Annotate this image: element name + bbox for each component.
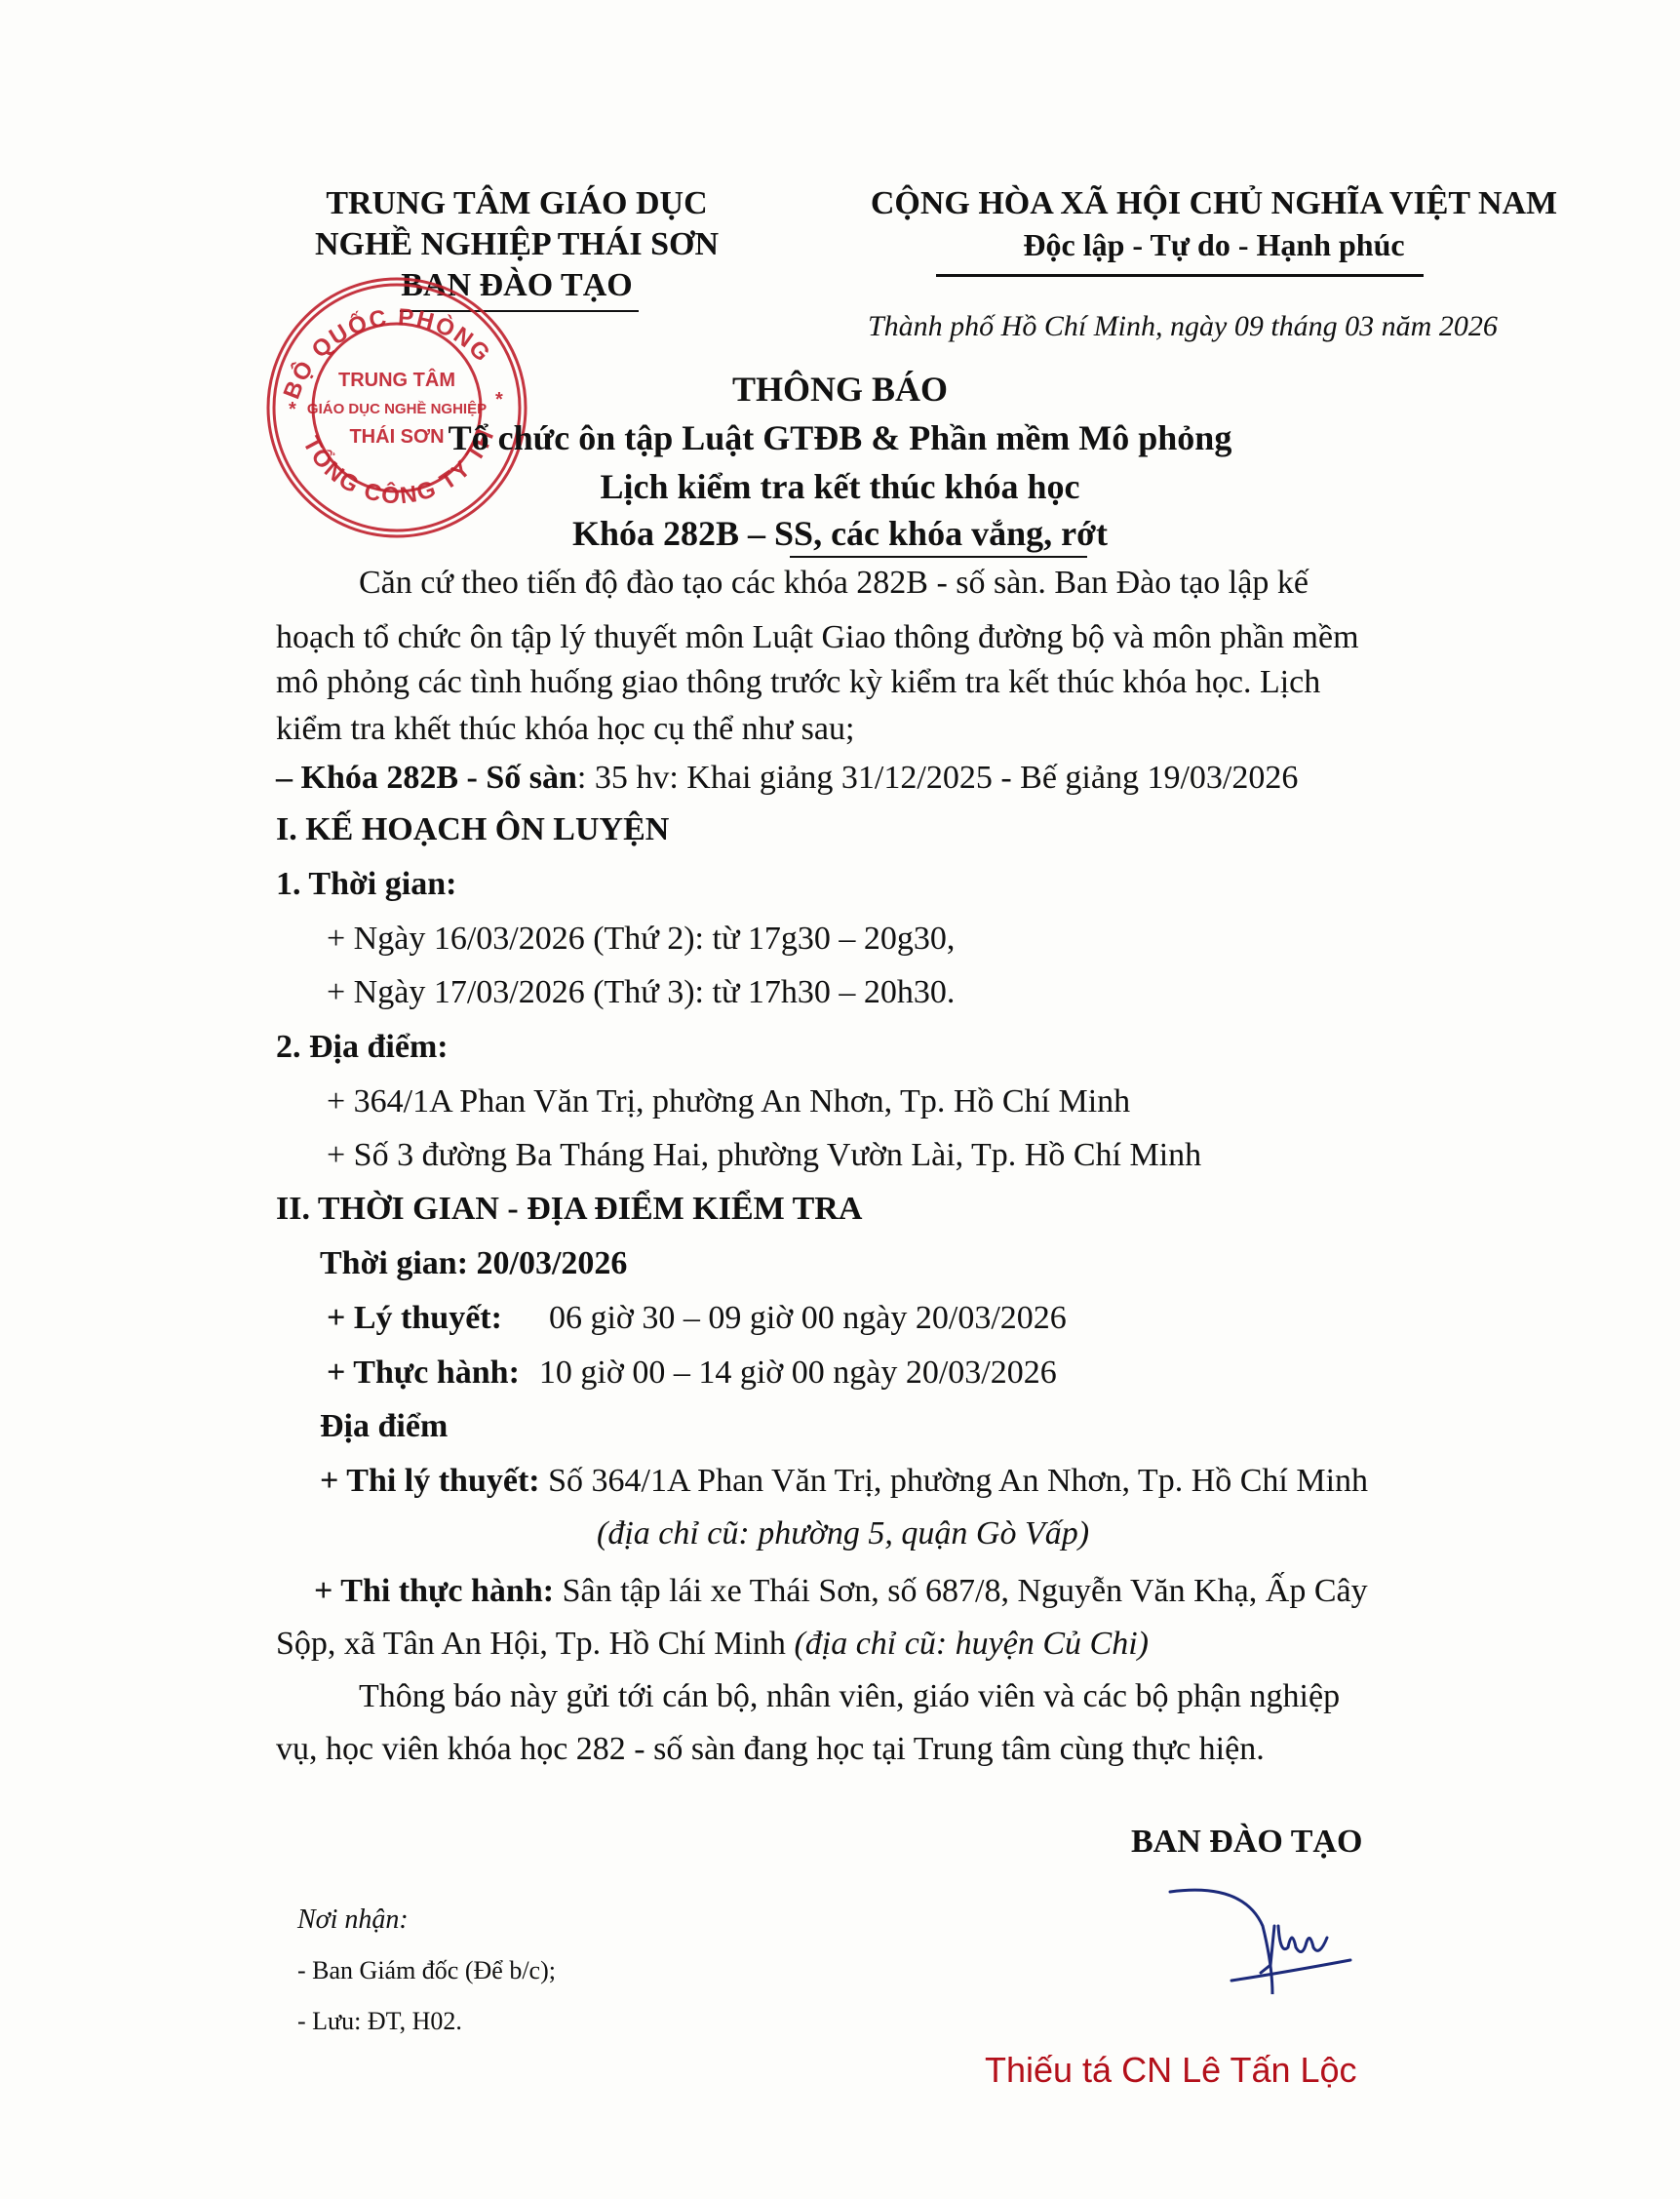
practice-place-label: + Thi thực hành: (314, 1573, 554, 1609)
theory-exam-place: + Thi lý thuyết: Số 364/1A Phan Văn Trị,… (320, 1454, 1368, 1509)
subject-line-2: Lịch kiểm tra kết thúc khóa học (0, 466, 1680, 507)
course-label: – Khóa 282B - Số sàn (276, 760, 577, 796)
theory-place: Số 364/1A Phan Văn Trị, phường An Nhơn, … (540, 1463, 1368, 1499)
course-info: – Khóa 282B - Số sàn: 35 hv: Khai giảng … (276, 751, 1298, 805)
theory-label: + Lý thuyết: (327, 1300, 502, 1336)
practice-place-2: Sộp, xã Tân An Hội, Tp. Hồ Chí Minh (276, 1626, 794, 1662)
intro-line-1: Căn cứ theo tiến độ đào tạo các khóa 282… (359, 556, 1309, 610)
recipient-1: - Ban Giám đốc (Để b/c); (297, 1956, 556, 1985)
theory-place-old: (địa chỉ cũ: phường 5, quận Gò Vấp) (597, 1507, 1089, 1561)
intro-line-4: kiểm tra khết thúc khóa học cụ thể như s… (276, 702, 854, 757)
review-time-2: + Ngày 17/03/2026 (Thứ 3): từ 17h30 – 20… (327, 965, 955, 1020)
practice-exam-time: + Thực hành:10 giờ 00 – 14 giờ 00 ngày 2… (327, 1346, 1057, 1400)
signer-name: Thiếu tá CN Lê Tấn Lộc (985, 2050, 1357, 2091)
theory-exam-time: + Lý thuyết:06 giờ 30 – 09 giờ 00 ngày 2… (327, 1291, 1067, 1346)
issuer-line-1: TRUNG TÂM GIÁO DỤC (263, 183, 770, 224)
subject-line-1: Tổ chức ôn tập Luật GTĐB & Phần mềm Mô p… (0, 417, 1680, 458)
document-title: THÔNG BÁO (0, 369, 1680, 410)
date-place: Thành phố Hồ Chí Minh, ngày 09 tháng 03 … (868, 310, 1498, 343)
closing-line-1: Thông báo này gửi tới cán bộ, nhân viên,… (359, 1669, 1340, 1724)
subject-line-3: Khóa 282B – SS, các khóa vắng, rớt (0, 513, 1680, 554)
practice-label: + Thực hành: (327, 1355, 520, 1391)
practice-exam-place-cont: Sộp, xã Tân An Hội, Tp. Hồ Chí Minh (địa… (276, 1617, 1149, 1671)
motto-underline (936, 274, 1424, 277)
section-1-time-heading: 1. Thời gian: (276, 857, 456, 912)
issuer-line-2: NGHỀ NGHIỆP THÁI SƠN (263, 224, 770, 265)
exam-place-heading: Địa điểm (320, 1399, 448, 1454)
section-1-heading: I. KẾ HOẠCH ÔN LUYỆN (276, 803, 669, 857)
national-motto: Độc lập - Tự do - Hạnh phúc (809, 224, 1619, 265)
signer-department: BAN ĐÀO TẠO (1131, 1824, 1362, 1861)
practice-place-1: Sân tập lái xe Thái Sơn, số 687/8, Nguyễ… (554, 1573, 1368, 1609)
theory-time: 06 giờ 30 – 09 giờ 00 ngày 20/03/2026 (549, 1300, 1067, 1336)
review-place-2: + Số 3 đường Ba Tháng Hai, phường Vườn L… (327, 1128, 1201, 1183)
practice-place-old: (địa chỉ cũ: huyện Củ Chi) (794, 1626, 1149, 1662)
national-header: CỘNG HÒA XÃ HỘI CHỦ NGHĨA VIỆT NAM Độc l… (809, 183, 1619, 265)
practice-time: 10 giờ 00 – 14 giờ 00 ngày 20/03/2026 (539, 1355, 1057, 1391)
section-2-heading: II. THỜI GIAN - ĐỊA ĐIỂM KIỂM TRA (276, 1182, 862, 1237)
country-name: CỘNG HÒA XÃ HỘI CHỦ NGHĨA VIỆT NAM (809, 183, 1619, 224)
review-place-1: + 364/1A Phan Văn Trị, phường An Nhơn, T… (327, 1075, 1130, 1129)
recipient-2: - Lưu: ĐT, H02. (297, 2007, 462, 2036)
closing-line-2: vụ, học viên khóa học 282 - số sàn đang … (276, 1722, 1265, 1777)
exam-date: Thời gian: 20/03/2026 (320, 1237, 627, 1291)
review-time-1: + Ngày 16/03/2026 (Thứ 2): từ 17g30 – 20… (327, 912, 955, 966)
section-1-place-heading: 2. Địa điểm: (276, 1020, 449, 1075)
signature-icon (1165, 1887, 1399, 1994)
theory-place-label: + Thi lý thuyết: (320, 1463, 540, 1499)
practice-exam-place: + Thi thực hành: Sân tập lái xe Thái Sơn… (314, 1564, 1368, 1619)
recipients-heading: Nơi nhận: (297, 1904, 409, 1936)
course-detail: : 35 hv: Khai giảng 31/12/2025 - Bế giản… (577, 760, 1298, 796)
